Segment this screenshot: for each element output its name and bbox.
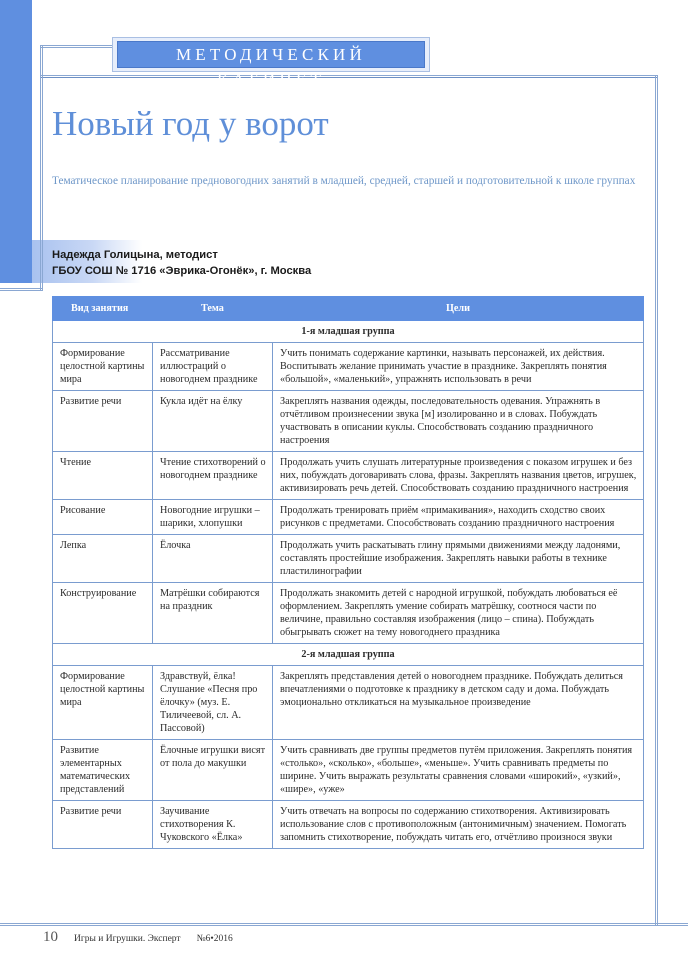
frame-line	[655, 75, 658, 925]
cell-topic: Рассматривание иллюстраций о новогоднем …	[153, 343, 273, 391]
author-block: Надежда Голицына, методист ГБОУ СОШ № 17…	[52, 247, 311, 279]
page-number: 10	[43, 929, 58, 945]
cell-activity-type: Формирование целостной картины мира	[53, 666, 153, 740]
frame-line	[40, 45, 43, 290]
cell-activity-type: Развитие элементарных математических пре…	[53, 740, 153, 801]
cell-goals: Продолжать учить раскатывать глину прямы…	[273, 535, 644, 583]
cell-activity-type: Рисование	[53, 500, 153, 535]
left-accent-bar	[0, 0, 32, 283]
table-header-row: Вид занятия Тема Цели	[53, 297, 644, 321]
article-subtitle: Тематическое планирование предновогодних…	[52, 174, 644, 188]
article-title: Новый год у ворот	[52, 100, 329, 148]
journal-name: Игры и Игрушки. Эксперт	[74, 934, 181, 944]
cell-activity-type: Конструирование	[53, 583, 153, 644]
table-row: Развитие речиЗаучивание стихотворения К.…	[53, 801, 644, 849]
table-body: 1-я младшая группаФормирование целостной…	[53, 321, 644, 849]
cell-activity-type: Развитие речи	[53, 801, 153, 849]
cell-goals: Закреплять названия одежды, последовател…	[273, 391, 644, 452]
table-row: Развитие элементарных математических пре…	[53, 740, 644, 801]
cell-goals: Учить отвечать на вопросы по содержанию …	[273, 801, 644, 849]
group-heading: 2-я младшая группа	[53, 644, 644, 666]
cell-goals: Продолжать знакомить детей с народной иг…	[273, 583, 644, 644]
frame-line	[40, 45, 115, 48]
table-row: ЛепкаЁлочкаПродолжать учить раскатывать …	[53, 535, 644, 583]
frame-line	[40, 75, 658, 78]
column-header-type: Вид занятия	[53, 297, 153, 321]
cell-topic: Кукла идёт на ёлку	[153, 391, 273, 452]
cell-topic: Матрёшки собираются на праздник	[153, 583, 273, 644]
cell-topic: Ёлочные игрушки висят от пола до макушки	[153, 740, 273, 801]
cell-topic: Заучивание стихотворения К. Чуковского «…	[153, 801, 273, 849]
page-footer: 10 Игры и Игрушки. Эксперт №6•2016	[43, 928, 233, 946]
cell-activity-type: Развитие речи	[53, 391, 153, 452]
cell-goals: Продолжать тренировать приём «примакиван…	[273, 500, 644, 535]
section-badge: МЕТОДИЧЕСКИЙ КАБИНЕТ	[117, 41, 425, 68]
cell-topic: Чтение стихотворений о новогоднем праздн…	[153, 452, 273, 500]
author-organization: ГБОУ СОШ № 1716 «Эврика-Огонёк», г. Моск…	[52, 263, 311, 279]
table-row: РисованиеНовогодние игрушки – шарики, хл…	[53, 500, 644, 535]
cell-activity-type: Чтение	[53, 452, 153, 500]
cell-topic: Новогодние игрушки – шарики, хлопушки	[153, 500, 273, 535]
table-row: Формирование целостной картины мираРассм…	[53, 343, 644, 391]
frame-line	[0, 923, 688, 926]
cell-goals: Продолжать учить слушать литературные пр…	[273, 452, 644, 500]
author-name: Надежда Голицына, методист	[52, 247, 311, 263]
cell-activity-type: Формирование целостной картины мира	[53, 343, 153, 391]
table-row: ЧтениеЧтение стихотворений о новогоднем …	[53, 452, 644, 500]
cell-goals: Учить понимать содержание картинки, назы…	[273, 343, 644, 391]
cell-topic: Ёлочка	[153, 535, 273, 583]
group-heading: 1-я младшая группа	[53, 321, 644, 343]
table-row: КонструированиеМатрёшки собираются на пр…	[53, 583, 644, 644]
cell-activity-type: Лепка	[53, 535, 153, 583]
frame-line	[0, 288, 43, 291]
table-row: Развитие речиКукла идёт на ёлкуЗакреплят…	[53, 391, 644, 452]
planning-table: Вид занятия Тема Цели 1-я младшая группа…	[52, 296, 644, 849]
column-header-topic: Тема	[153, 297, 273, 321]
issue-number: №6•2016	[197, 934, 233, 944]
group-row: 1-я младшая группа	[53, 321, 644, 343]
cell-goals: Учить сравнивать две группы предметов пу…	[273, 740, 644, 801]
cell-topic: Здравствуй, ёлка! Слушание «Песня про ёл…	[153, 666, 273, 740]
group-row: 2-я младшая группа	[53, 644, 644, 666]
column-header-goals: Цели	[273, 297, 644, 321]
table-row: Формирование целостной картины мираЗдрав…	[53, 666, 644, 740]
cell-goals: Закреплять представления детей о новогод…	[273, 666, 644, 740]
